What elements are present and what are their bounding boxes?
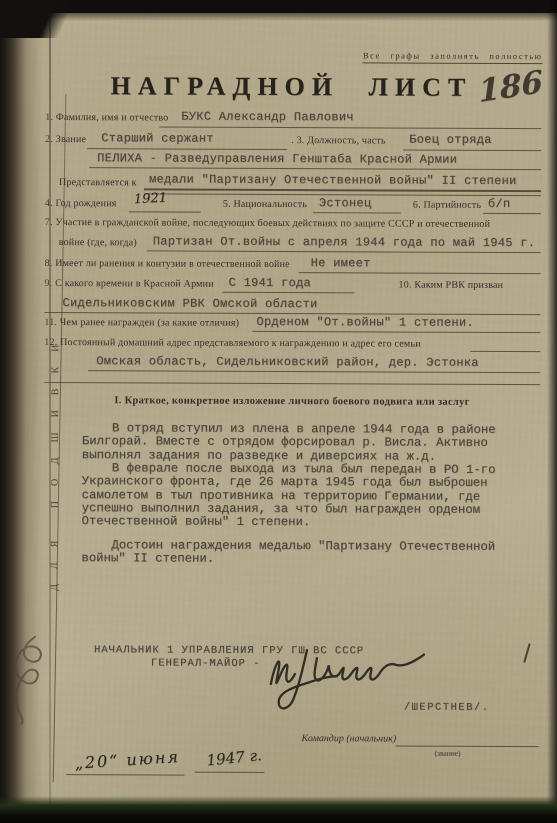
field-label-nationality: 5. Национальность [223, 199, 307, 210]
signer-position-line-2: ГЕНЕРАЛ-МАЙОР - [151, 657, 261, 669]
rule-line [470, 351, 540, 352]
field-value-wounds: Не имеет [311, 256, 371, 270]
handwritten-date-year: 1947 г. [206, 746, 263, 769]
field-value-in-army-since: С 1941 года [229, 276, 312, 290]
rule-line [483, 213, 541, 214]
field-label-previous-awards: 11. Чем ранее награжден (за какие отличи… [44, 317, 239, 329]
field-value-birth-year: 1921 [134, 191, 168, 208]
field-label-in-army-since: 9. С какого времени в Красной Армии [45, 278, 214, 290]
field-value-party: б/п [488, 197, 511, 211]
fill-all-fields-note: Все графы заполнять полностью [363, 50, 543, 64]
rule-line [159, 126, 541, 129]
citation-section-heading: I. Краткое, конкретное изложение личного… [44, 395, 540, 408]
field-value-position-1: Боец отряда [409, 133, 492, 147]
field-label-position: . 3. Должность, часть [291, 135, 386, 146]
field-value-home-address: Омская область, Сидельниковский район, д… [96, 354, 479, 370]
field-label-presented-for: Представляется к [59, 177, 137, 188]
field-label-home-address: 12. Постоянный домашний адрес представля… [44, 337, 421, 350]
rule-line [66, 774, 184, 776]
field-label-wounds: 8. Имеет ли ранения и контузии в отечест… [45, 258, 290, 270]
ink-stroke-mark [523, 643, 531, 663]
field-value-drafted-by: Сидельниковским РВК Омской области [62, 296, 317, 311]
citation-paragraph-2: В феврале после выхода из тыла был перед… [81, 462, 531, 530]
handwritten-date-day-month: „20“ июня [74, 747, 180, 773]
field-value-rank: Старший сержант [101, 131, 214, 145]
field-label-rank: 2. Звание [45, 134, 86, 145]
margin-binding-label: ДЛЯ ПОДШИВКИ [49, 191, 62, 591]
citation-paragraph-1: В отряд вступил из плена в апреле 1944 г… [82, 422, 532, 464]
citation-paragraph-3: Достоин награждения медалью "Партизану О… [81, 539, 531, 568]
document-title: НАГРАДНОЙ ЛИСТ [99, 71, 483, 103]
field-value-nationality: Эстонец [319, 196, 372, 210]
field-value-position-2: ПЕЛИХА - Разведуправления Генштаба Красн… [97, 151, 457, 167]
rule-line [89, 167, 541, 170]
scanned-award-sheet: ДЛЯ ПОДШИВКИ Все графы заполнять полност… [0, 0, 557, 823]
rule-line [44, 382, 540, 385]
rule-line [194, 772, 264, 773]
field-value-presented-for: медали "Партизану Отечественной войны" I… [149, 172, 517, 188]
rule-line [396, 746, 539, 748]
field-value-previous-awards: Орденом "От.войны" 1 степени. [256, 315, 474, 330]
rule-line [88, 370, 540, 373]
rank-caption: (звание) [434, 749, 460, 758]
field-label-birth-year: 4. Год рождения [45, 198, 117, 209]
rule-line [299, 272, 541, 274]
rule-line [223, 292, 355, 294]
rule-line [403, 150, 541, 152]
field-label-party: 6. Партийность [413, 200, 481, 211]
rule-line [147, 250, 541, 253]
commander-label: Командир (начальник) [302, 733, 397, 744]
rule-line [87, 148, 287, 150]
field-label-war-participation-1: 7. Участие в гражданской войне, последую… [45, 217, 490, 230]
field-value-war-participation: Партизан От.войны с апреля 1944 года по … [153, 234, 536, 250]
field-label-name: 1. Фамилия, имя и отчество [45, 112, 168, 124]
field-label-war-participation-2: войне (где, когда) [59, 237, 137, 248]
rule-line [252, 331, 540, 333]
rule-line [144, 188, 541, 192]
document-content: ДЛЯ ПОДШИВКИ Все графы заполнять полност… [0, 0, 557, 823]
rule-line [129, 211, 201, 212]
field-value-name: БУКС Александр Павлович [181, 110, 354, 125]
rule-line [313, 212, 401, 213]
handwritten-page-number: 186 [478, 64, 544, 110]
field-label-drafted-by: 10. Каким РВК призван [399, 280, 504, 291]
signer-typed-surname: /ШЕРСТНЕВ/. [404, 702, 490, 714]
handwritten-flourish-mark [5, 631, 49, 727]
